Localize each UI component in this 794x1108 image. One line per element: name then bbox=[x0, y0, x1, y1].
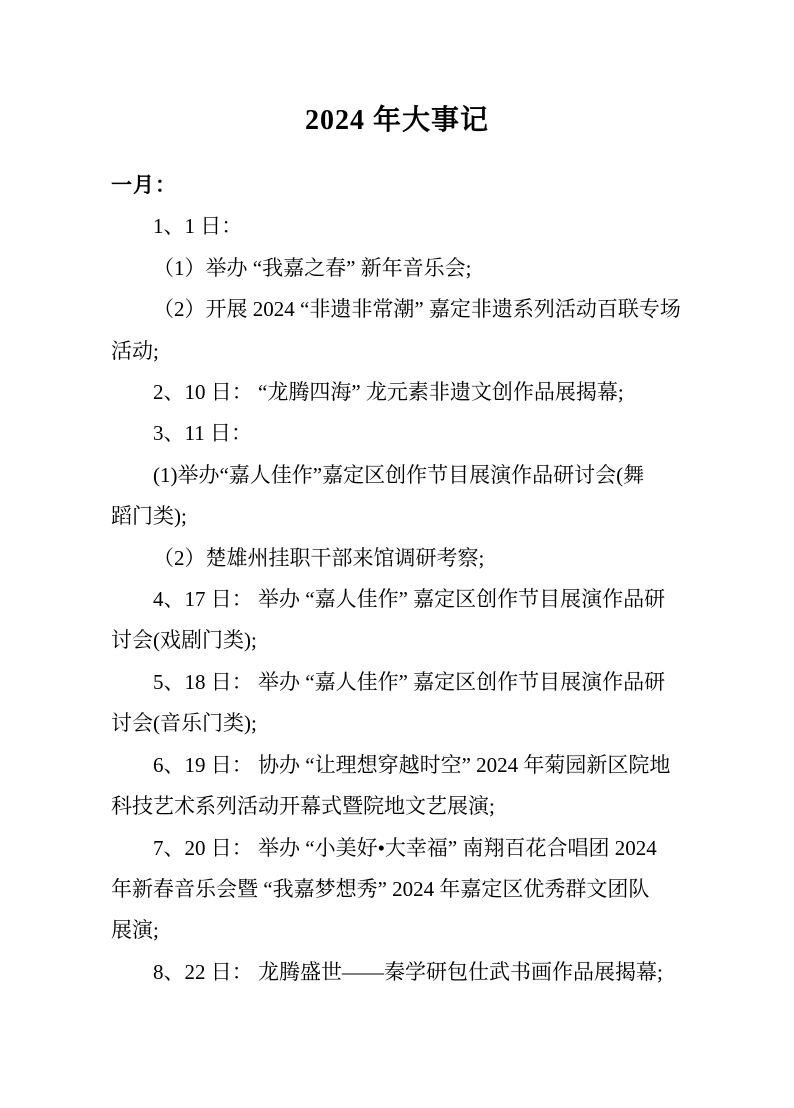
doc-line-item5: 5、18 日： 举办 “嘉人佳作” 嘉定区创作节目展演作品研 bbox=[111, 662, 683, 703]
document-body: 一月： 1、1 日： （1）举办 “我嘉之春” 新年音乐会; （2）开展 202… bbox=[111, 165, 683, 993]
month-heading: 一月： bbox=[111, 165, 683, 206]
doc-line-item6-cont: 科技艺术系列活动开幕式暨院地文艺展演; bbox=[111, 786, 683, 827]
doc-line-item2: 2、10 日： “龙腾四海” 龙元素非遗文创作品展揭幕; bbox=[111, 372, 683, 413]
doc-line-item3-sub1-cont: 蹈门类); bbox=[111, 496, 683, 537]
doc-line-item3-date: 3、11 日： bbox=[111, 413, 683, 454]
doc-line-item1-sub1: （1）举办 “我嘉之春” 新年音乐会; bbox=[111, 248, 683, 289]
doc-line-item3-sub2: （2）楚雄州挂职干部来馆调研考察; bbox=[111, 538, 683, 579]
doc-line-item1-sub2-cont: 活动; bbox=[111, 331, 683, 372]
doc-line-item4: 4、17 日： 举办 “嘉人佳作” 嘉定区创作节目展演作品研 bbox=[111, 579, 683, 620]
doc-line-item5-cont: 讨会(音乐门类); bbox=[111, 703, 683, 744]
doc-line-item7-cont1: 年新春音乐会暨 “我嘉梦想秀” 2024 年嘉定区优秀群文团队 bbox=[111, 869, 683, 910]
doc-line-item3-sub1: (1)举办“嘉人佳作”嘉定区创作节目展演作品研讨会(舞 bbox=[111, 455, 683, 496]
doc-line-item7-cont2: 展演; bbox=[111, 910, 683, 951]
doc-line-item4-cont: 讨会(戏剧门类); bbox=[111, 620, 683, 661]
doc-line-item1-date: 1、1 日： bbox=[111, 206, 683, 247]
doc-line-item6: 6、19 日： 协办 “让理想穿越时空” 2024 年菊园新区院地 bbox=[111, 745, 683, 786]
document-title: 2024 年大事记 bbox=[111, 100, 683, 142]
doc-line-item8: 8、22 日： 龙腾盛世——秦学研包仕武书画作品展揭幕; bbox=[111, 952, 683, 993]
doc-line-item1-sub2: （2）开展 2024 “非遗非常潮” 嘉定非遗系列活动百联专场 bbox=[111, 289, 683, 330]
document-page: 2024 年大事记 一月： 1、1 日： （1）举办 “我嘉之春” 新年音乐会;… bbox=[0, 0, 794, 1108]
doc-line-item7: 7、20 日： 举办 “小美好•大幸福” 南翔百花合唱团 2024 bbox=[111, 828, 683, 869]
